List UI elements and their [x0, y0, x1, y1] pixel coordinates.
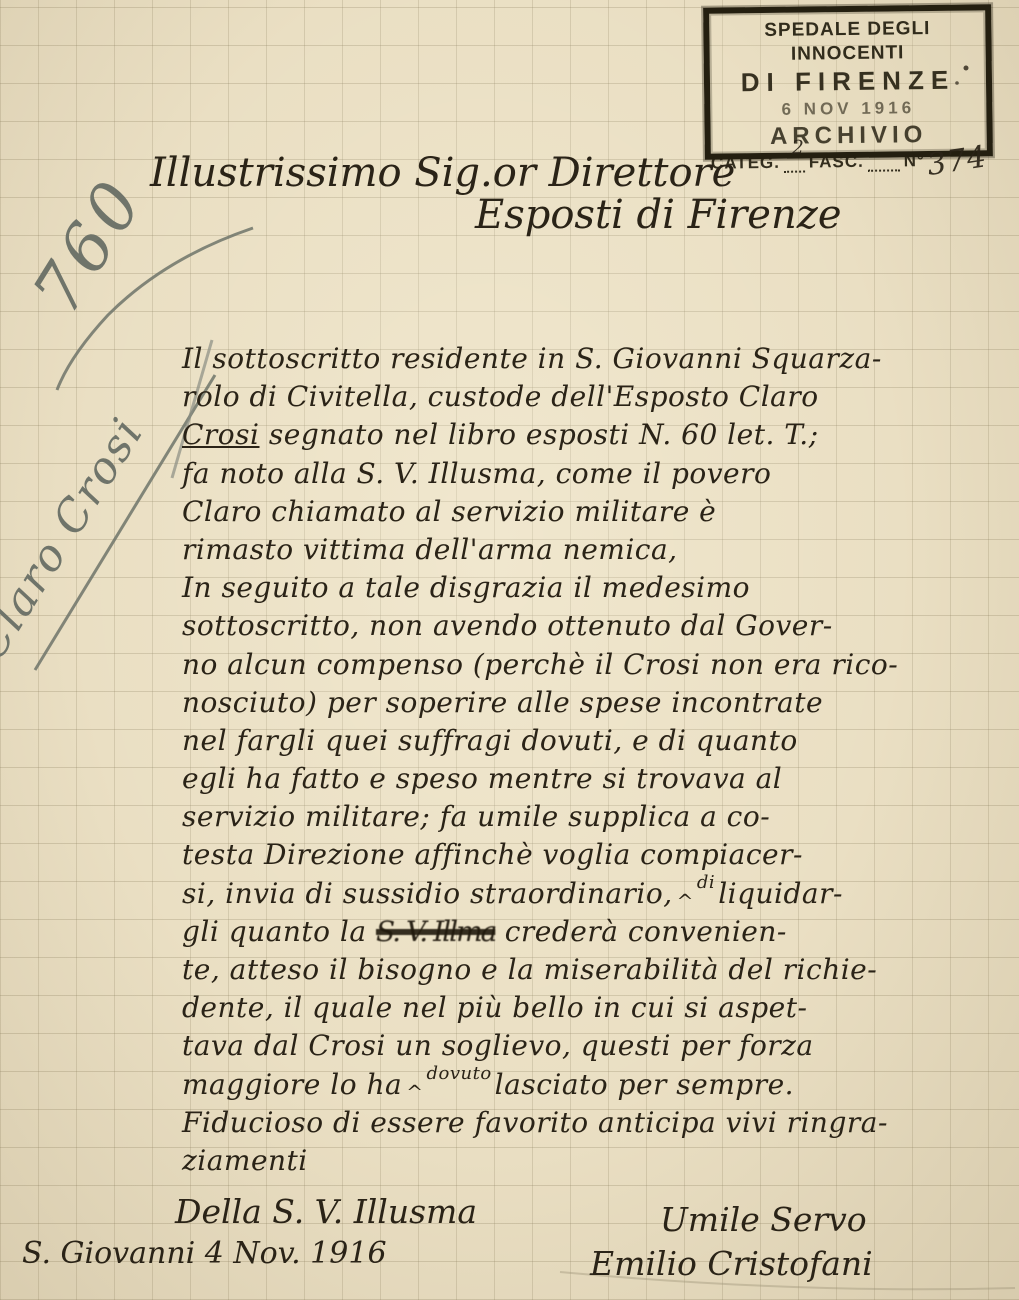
body-line: maggiore lo ha^dovutolasciato per sempre…: [182, 1066, 1018, 1104]
body-line: no alcun compenso (perchè il Crosi non e…: [182, 646, 1018, 684]
body-line: si, invia di sussidio straordinario,^dil…: [182, 875, 1018, 913]
body-line: gli quanto la S. V. Illma crederà conven…: [182, 913, 1018, 951]
signature-name: Emilio Cristofani: [590, 1244, 873, 1283]
fasc-leader-dots: [868, 155, 900, 171]
archive-stamp: SPEDALE DEGLI INNOCENTI DI FIRENZE 6 NOV…: [703, 4, 993, 160]
body-line: rimasto vittima dell'arma nemica,: [182, 531, 1018, 569]
signature-role: Umile Servo: [660, 1200, 867, 1239]
body-line: egli ha fatto e speso mentre si trovava …: [182, 760, 1018, 798]
place-date-line: S. Giovanni 4 Nov. 1916: [22, 1236, 387, 1271]
body-line: Il sottoscritto residente in S. Giovanni…: [182, 340, 1018, 378]
stamp-num-value: 374: [926, 148, 988, 175]
body-line: ziamenti: [182, 1142, 1018, 1180]
body-line: sottoscritto, non avendo ottenuto dal Go…: [182, 607, 1018, 645]
stamp-categ-value: 2: [792, 137, 805, 159]
stamp-classification-row: CATEG. 2 FASC. N° 374: [711, 150, 987, 173]
body-line: servizio militare; fa umile supplica a c…: [182, 798, 1018, 836]
stamp-date: 6 NOV 1916: [710, 94, 986, 123]
letter-page: SPEDALE DEGLI INNOCENTI DI FIRENZE 6 NOV…: [0, 0, 1019, 1300]
categ-leader-dots: 2: [784, 157, 805, 173]
body-line: Crosi segnato nel libro esposti N. 60 le…: [182, 416, 1018, 454]
salutation-line-2: Esposti di Firenze: [475, 192, 841, 238]
body-line: rolo di Civitella, custode dell'Esposto …: [182, 378, 1018, 416]
stamp-fasc-label: FASC.: [809, 152, 864, 173]
salutation-line-1: Illustrissimo Sig.or Direttore: [150, 150, 735, 196]
letter-body: Il sottoscritto residente in S. Giovanni…: [182, 340, 1018, 1180]
body-line: dente, il quale nel più bello in cui si …: [182, 989, 1018, 1027]
body-line: fa noto alla S. V. Illusma, come il pove…: [182, 455, 1018, 493]
margin-number-annotation: 760: [18, 164, 160, 327]
stamp-institution: SPEDALE DEGLI INNOCENTI: [709, 16, 986, 67]
body-line: Fiducioso di essere favorito anticipa vi…: [182, 1104, 1018, 1142]
stamp-city: DI FIRENZE: [710, 64, 986, 97]
stamp-num-label: N°: [904, 151, 925, 171]
body-line: te, atteso il bisogno e la miserabilità …: [182, 951, 1018, 989]
body-line: nel fargli quei suffragi dovuti, e di qu…: [182, 722, 1018, 760]
closing-line: Della S. V. Illusma: [175, 1192, 477, 1231]
body-line: tava dal Crosi un soglievo, questi per f…: [182, 1027, 1018, 1065]
body-line: In seguito a tale disgrazia il medesimo: [182, 569, 1018, 607]
body-line: testa Direzione affinchè voglia compiace…: [182, 836, 1018, 874]
body-line: nosciuto) per soperire alle spese incont…: [182, 684, 1018, 722]
body-line: Claro chiamato al servizio militare è: [182, 493, 1018, 531]
margin-name-annotation: Claro Crosi: [0, 408, 154, 669]
